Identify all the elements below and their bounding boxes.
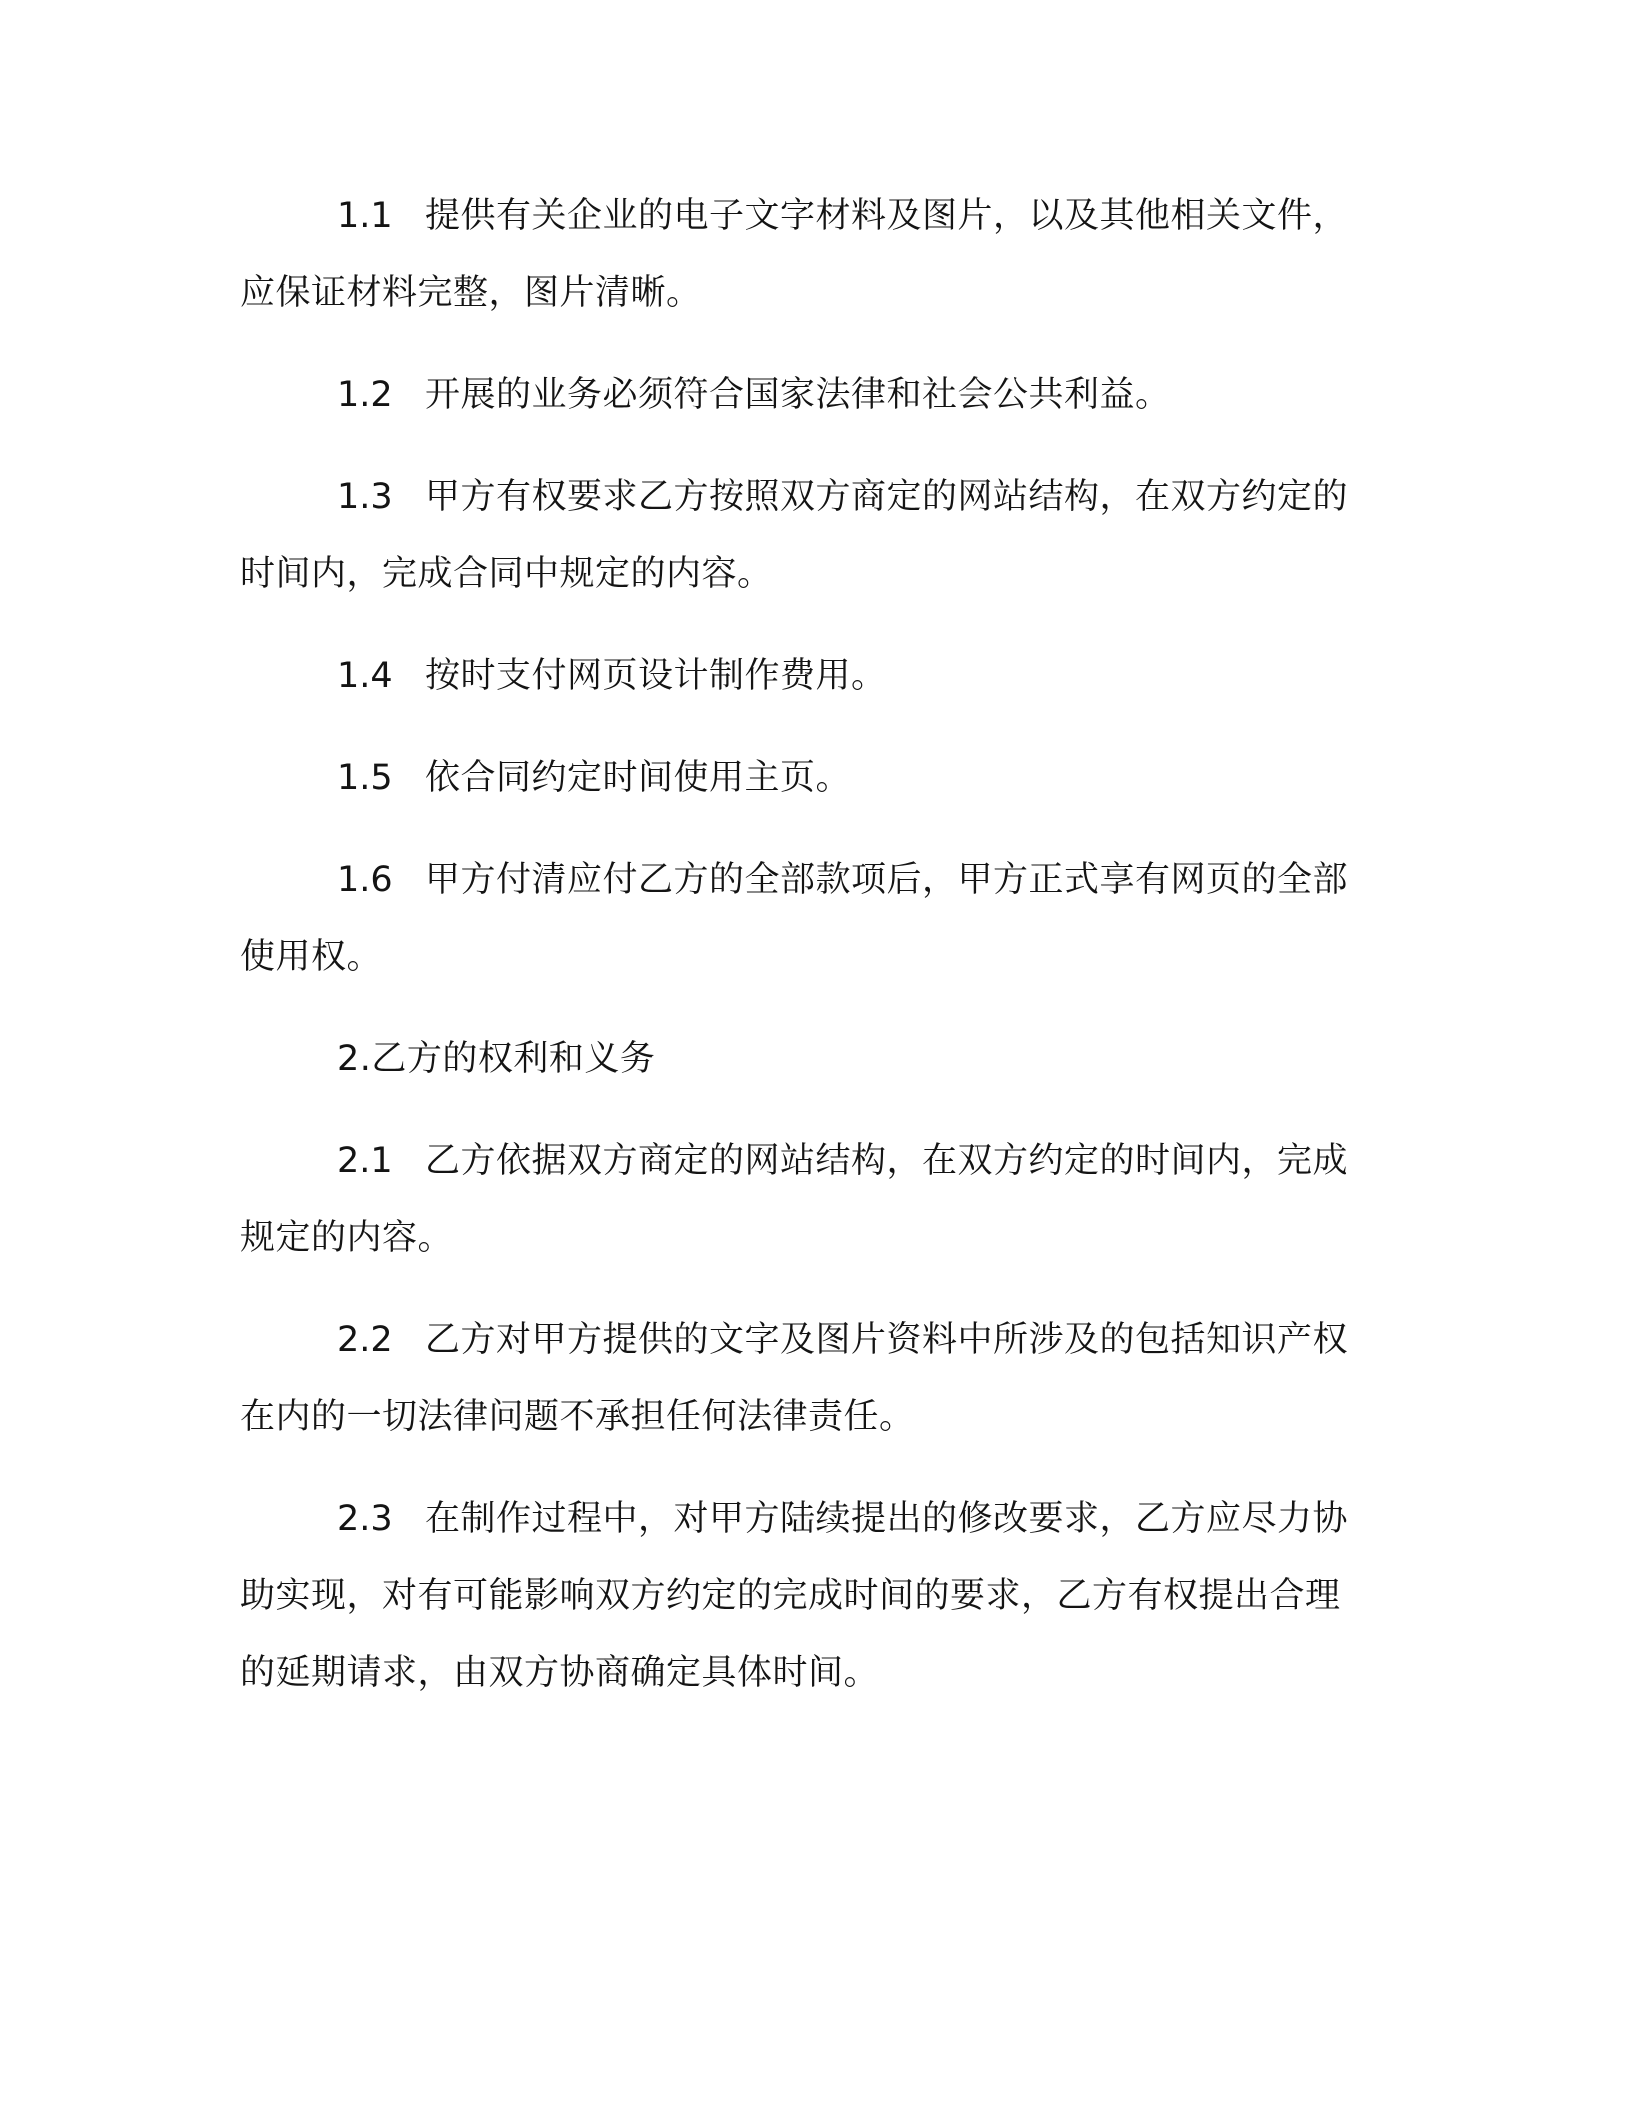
clause-2-2: 2.2乙方对甲方提供的文字及图片资料中所涉及的包括知识产权在内的一切法律问题不承…: [240, 1302, 1375, 1456]
clause-1-2: 1.2开展的业务必须符合国家法律和社会公共利益。: [240, 357, 1375, 434]
clause-1-5: 1.5依合同约定时间使用主页。: [240, 740, 1375, 817]
section-heading-2: 2.乙方的权利和义务: [240, 1021, 1375, 1098]
clause-2-3: 2.3在制作过程中，对甲方陆续提出的修改要求，乙方应尽力协助实现，对有可能影响双…: [240, 1481, 1375, 1712]
clause-number: 1.2: [337, 357, 425, 434]
clause-1-4: 1.4按时支付网页设计制作费用。: [240, 638, 1375, 715]
clause-number: 1.4: [337, 638, 425, 715]
clause-2-1: 2.1乙方依据双方商定的网站结构，在双方约定的时间内，完成规定的内容。: [240, 1123, 1375, 1277]
clause-text: 依合同约定时间使用主页。: [425, 758, 851, 798]
document-page: 1.1提供有关企业的电子文字材料及图片，以及其他相关文件，应保证材料完整，图片清…: [240, 178, 1375, 1737]
clause-1-1: 1.1提供有关企业的电子文字材料及图片，以及其他相关文件，应保证材料完整，图片清…: [240, 178, 1375, 332]
clause-1-3: 1.3甲方有权要求乙方按照双方商定的网站结构，在双方约定的时间内，完成合同中规定…: [240, 459, 1375, 613]
clause-text: 按时支付网页设计制作费用。: [425, 656, 887, 696]
clause-text: 开展的业务必须符合国家法律和社会公共利益。: [425, 375, 1171, 415]
clause-1-6: 1.6甲方付清应付乙方的全部款项后，甲方正式享有网页的全部使用权。: [240, 842, 1375, 996]
clause-number: 1.3: [337, 459, 425, 536]
clause-number: 2.2: [337, 1302, 425, 1379]
clause-number: 1.5: [337, 740, 425, 817]
clause-number: 1.1: [337, 178, 425, 255]
clause-number: 2.1: [337, 1123, 425, 1200]
clause-number: 2.3: [337, 1481, 425, 1558]
clause-number: 1.6: [337, 842, 425, 919]
section-heading-text: 2.乙方的权利和义务: [337, 1039, 655, 1079]
